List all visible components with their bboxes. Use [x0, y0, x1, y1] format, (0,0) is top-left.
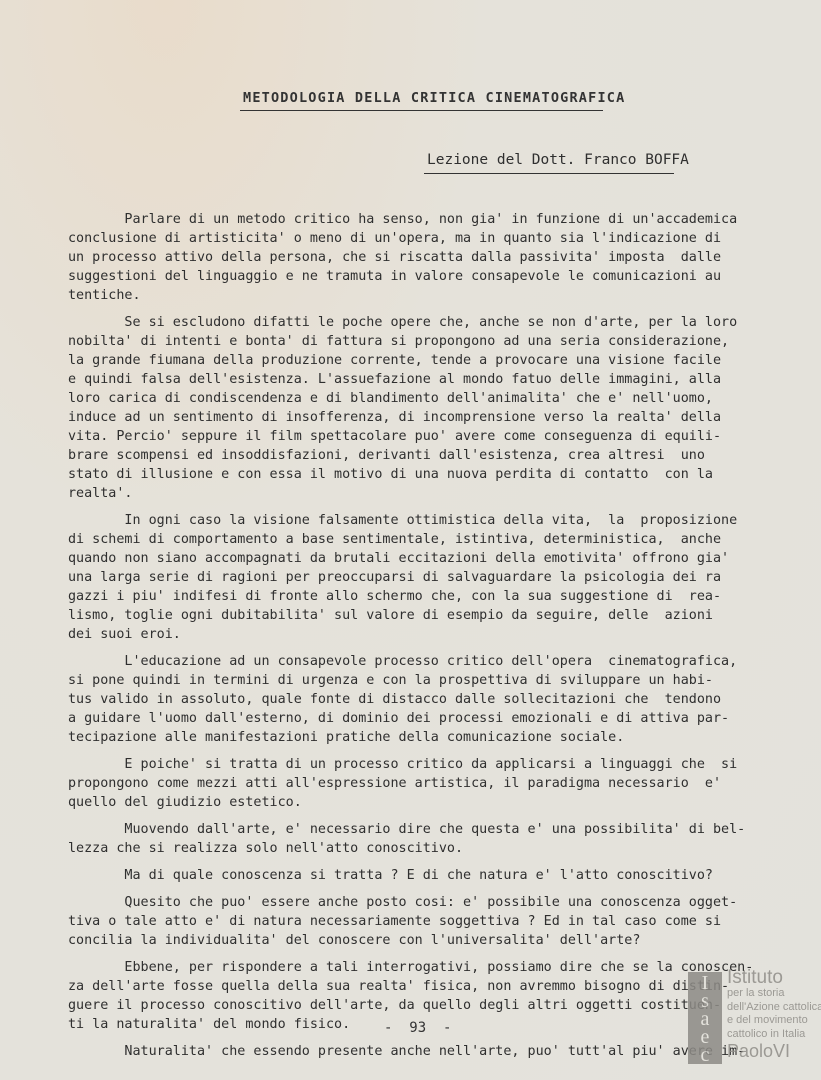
paragraph-1: Parlare di un metodo critico ha senso, n… — [68, 210, 770, 305]
text-line: za dell'arte fosse quella della sua real… — [68, 977, 770, 996]
paragraph-2: Se si escludono difatti le poche opere c… — [68, 313, 770, 503]
text-line: loro carica di condiscendenza e di bland… — [68, 389, 770, 408]
text-line: nobilta' di intenti e bonta' di fattura … — [68, 332, 770, 351]
text-line: Ebbene, per rispondere a tali interrogat… — [68, 958, 770, 977]
logo-letters: I s a e c — [690, 974, 720, 1064]
text-line: conclusione di artisticita' o meno di un… — [68, 229, 770, 248]
document-title: METODOLOGIA DELLA CRITICA CINEMATOGRAFIC… — [243, 90, 625, 106]
body-text: Parlare di un metodo critico ha senso, n… — [68, 210, 770, 1069]
text-line: quando non siano accompagnati da brutali… — [68, 549, 770, 568]
text-line: un processo attivo della persona, che si… — [68, 248, 770, 267]
text-line: suggestioni del linguaggio e ne tramuta … — [68, 267, 770, 286]
text-line: lezza che si realizza solo nell'atto con… — [68, 839, 770, 858]
document-page: METODOLOGIA DELLA CRITICA CINEMATOGRAFIC… — [0, 0, 821, 1080]
paragraph-8: Quesito che puo' essere anche posto cosi… — [68, 893, 770, 950]
logo-line: cattolico in Italia — [727, 1028, 821, 1042]
text-line: L'educazione ad un consapevole processo … — [68, 652, 770, 671]
text-line: stato di illusione e con essa il motivo … — [68, 465, 770, 484]
text-line: a guidare l'uomo dall'esterno, di domini… — [68, 709, 770, 728]
paragraph-4: L'educazione ad un consapevole processo … — [68, 652, 770, 747]
logo-line: Istituto — [727, 968, 821, 987]
subtitle-underline — [424, 173, 674, 174]
text-line: realta'. — [68, 484, 770, 503]
text-line: Parlare di un metodo critico ha senso, n… — [68, 210, 770, 229]
text-line: Quesito che puo' essere anche posto cosi… — [68, 893, 770, 912]
logo-line: e del movimento — [727, 1014, 821, 1028]
paragraph-5: E poiche' si tratta di un processo criti… — [68, 755, 770, 812]
text-line: tus valido in assoluto, quale fonte di d… — [68, 690, 770, 709]
text-line: quello del giudizio estetico. — [68, 793, 770, 812]
text-line: gazzi i piu' indifesi di fronte allo sch… — [68, 587, 770, 606]
paragraph-7: Ma di quale conoscenza si tratta ? E di … — [68, 866, 770, 885]
text-line: vita. Percio' seppure il film spettacola… — [68, 427, 770, 446]
text-line: Naturalita' che essendo presente anche n… — [68, 1042, 770, 1061]
text-line: di schemi di comportamento a base sentim… — [68, 530, 770, 549]
logo-text: Istituto per la storia dell'Azione catto… — [727, 968, 821, 1061]
text-line: Se si escludono difatti le poche opere c… — [68, 313, 770, 332]
text-line: si pone quindi in termini di urgenza e c… — [68, 671, 770, 690]
institute-watermark-logo: I s a e c Istituto per la storia dell'Az… — [688, 968, 821, 1068]
logo-letter: c — [690, 1046, 720, 1064]
text-line: propongono come mezzi atti all'espressio… — [68, 774, 770, 793]
text-line: lismo, toglie ogni dubitabilita' sul val… — [68, 606, 770, 625]
text-line: E poiche' si tratta di un processo criti… — [68, 755, 770, 774]
text-line: tecipazione alle manifestazioni pratiche… — [68, 728, 770, 747]
text-line: induce ad un sentimento di insofferenza,… — [68, 408, 770, 427]
text-line: concilia la individualita' del conoscere… — [68, 931, 770, 950]
text-line: tiva o tale atto e' di natura necessaria… — [68, 912, 770, 931]
paragraph-10: Naturalita' che essendo presente anche n… — [68, 1042, 770, 1061]
text-line: e quindi falsa dell'esistenza. L'assuefa… — [68, 370, 770, 389]
text-line: Ma di quale conoscenza si tratta ? E di … — [68, 866, 770, 885]
text-line: dei suoi eroi. — [68, 625, 770, 644]
logo-letter-block: I s a e c — [688, 972, 722, 1064]
text-line: brare scompensi ed insoddisfazioni, deri… — [68, 446, 770, 465]
text-line: Muovendo dall'arte, e' necessario dire c… — [68, 820, 770, 839]
logo-line: PaoloVI — [727, 1041, 821, 1061]
text-line: una larga serie di ragioni per preoccupa… — [68, 568, 770, 587]
lecture-attribution: Lezione del Dott. Franco BOFFA — [427, 152, 689, 168]
logo-line: dell'Azione cattolica — [727, 1001, 821, 1015]
page-number: - 93 - — [384, 1020, 451, 1036]
text-line: In ogni caso la visione falsamente ottim… — [68, 511, 770, 530]
title-underline — [240, 110, 603, 111]
logo-line: per la storia — [727, 987, 821, 1001]
text-line: la grande fiumana della produzione corre… — [68, 351, 770, 370]
paragraph-3: In ogni caso la visione falsamente ottim… — [68, 511, 770, 644]
text-line: guere il processo conoscitivo dell'arte,… — [68, 996, 770, 1015]
text-line: tentiche. — [68, 286, 770, 305]
paragraph-6: Muovendo dall'arte, e' necessario dire c… — [68, 820, 770, 858]
